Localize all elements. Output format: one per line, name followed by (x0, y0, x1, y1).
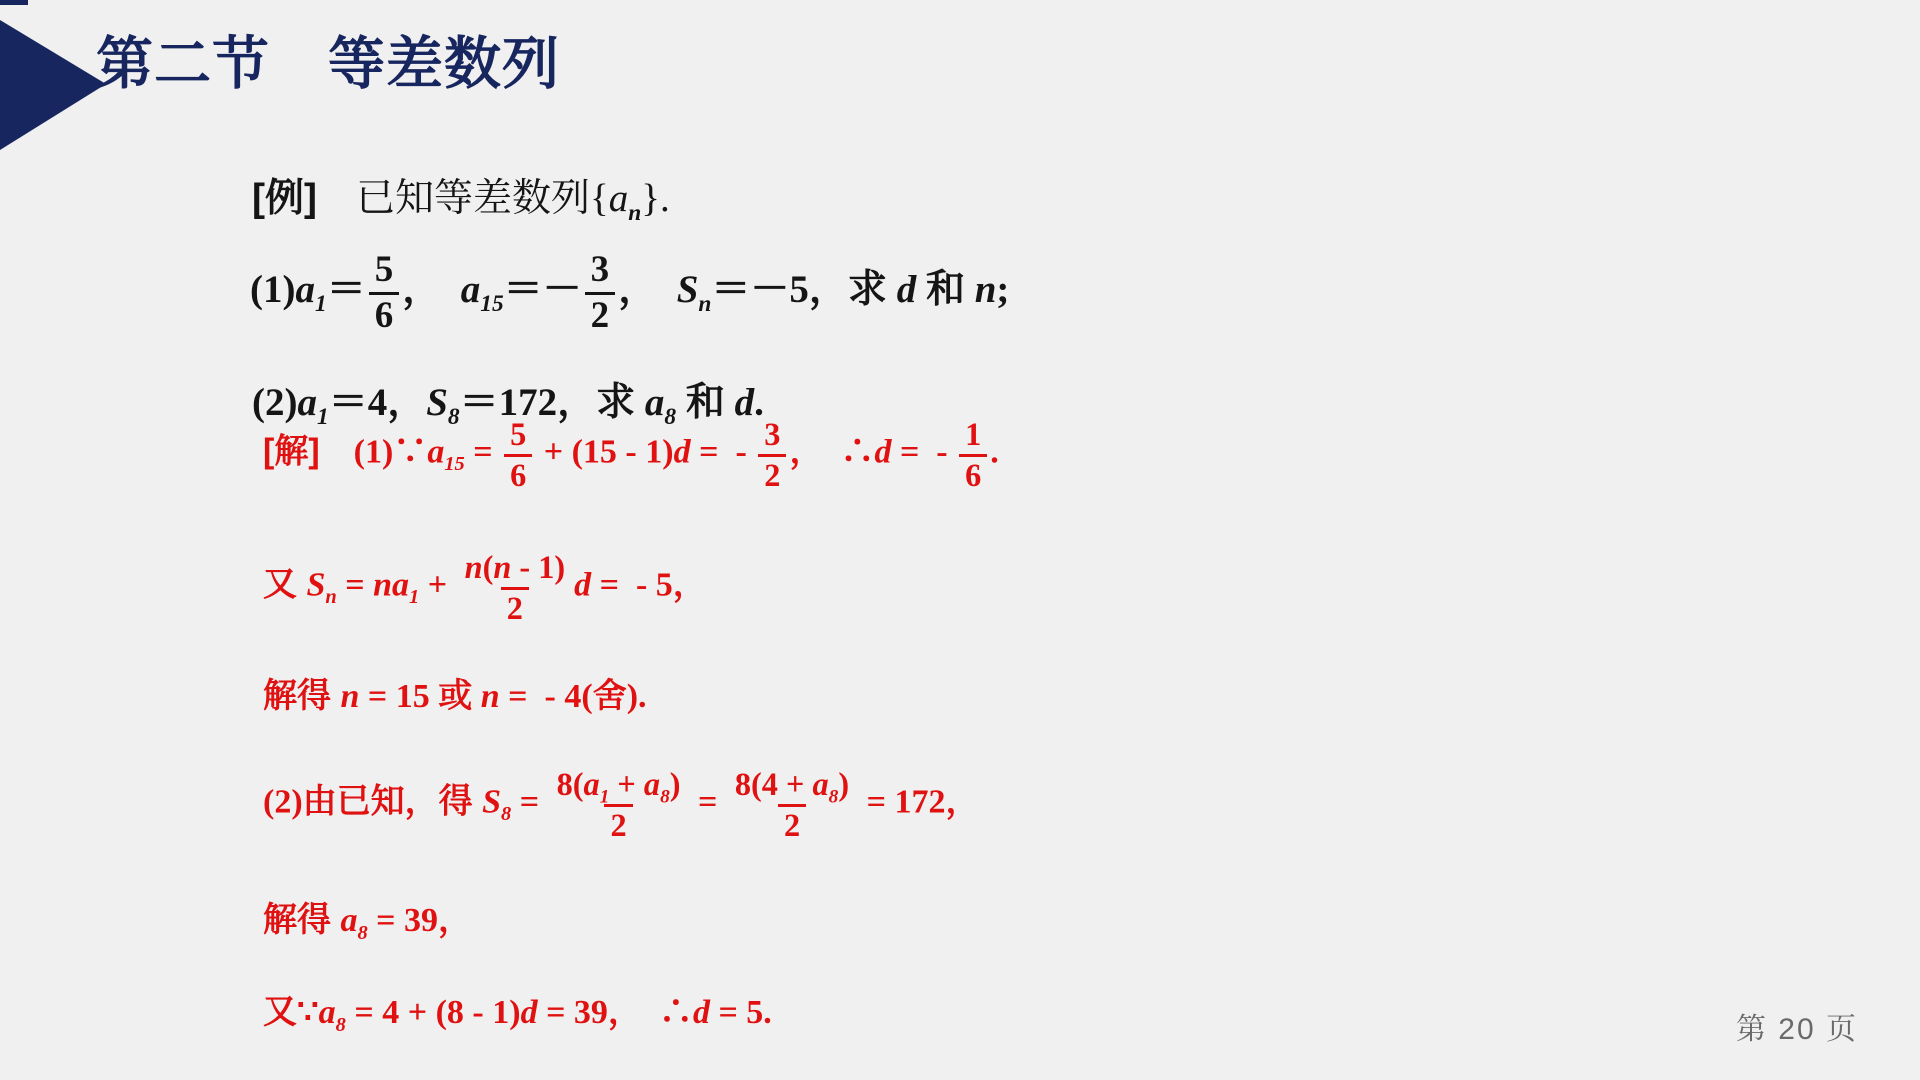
math-subscript: 8 (336, 1013, 346, 1035)
math-variable: a (295, 268, 315, 311)
math-text: 3 (764, 416, 780, 452)
math-text: ， ∴ (789, 434, 874, 471)
math-run: [例] 已知等差数列{an}. (252, 167, 670, 223)
problem-line-1: (1)a1＝56， a15＝－32， Sn＝－5，求 d 和 n; (250, 234, 1009, 352)
math-text: = (511, 784, 547, 821)
fraction-denominator: 6 (959, 454, 987, 494)
math-variable: a (584, 766, 600, 802)
cjk-text: 由已知，得 (303, 783, 482, 821)
math-text: 2 (764, 457, 780, 493)
math-text: = 4 + (8 - 1) (346, 994, 521, 1031)
math-text: ＝ (327, 268, 366, 311)
math-text: ， (402, 268, 461, 311)
math-subscript: 8 (501, 804, 511, 826)
math-variable: d (674, 434, 691, 471)
math-run: 又∵a8 = 4 + (8 - 1)d = 39， ∴d = 5. (263, 984, 772, 1033)
line-label: [例] (252, 177, 317, 220)
page-title: 第二节 等差数列 (96, 30, 560, 98)
math-text: = - (891, 434, 956, 471)
math-subscript: 15 (480, 291, 503, 317)
math-variable: n (481, 678, 500, 715)
math-text (472, 678, 481, 715)
cjk-text: 解得 (263, 901, 340, 939)
math-fraction: 56 (369, 249, 400, 337)
fraction-denominator: 2 (758, 454, 786, 494)
solution-line-5: 解得 a8 = 39， (263, 888, 472, 944)
cjk-text: 又 (263, 993, 297, 1031)
math-text: 6 (375, 295, 394, 336)
math-text: = - (691, 434, 756, 471)
math-text: 1 (965, 416, 981, 452)
math-text: (2) (263, 784, 303, 821)
math-text: = 5. (710, 994, 772, 1031)
math-text: 2 (784, 807, 800, 843)
cjk-text: 又 (263, 566, 306, 604)
math-text: 2 (507, 590, 523, 626)
math-variable: d (521, 994, 538, 1031)
math-text: = 15 (359, 678, 438, 715)
fraction-numerator: 3 (585, 249, 616, 292)
math-text: ) (838, 766, 849, 802)
math-fraction: 32 (758, 416, 786, 493)
slide: 第二节 等差数列 [例] 已知等差数列{an}. (1)a1＝56， a15＝－… (0, 0, 1920, 1080)
math-subscript: 1 (315, 291, 327, 317)
fraction-numerator: n(n - 1) (459, 549, 572, 586)
math-text: 2 (591, 295, 610, 336)
math-variable: d (693, 994, 710, 1031)
math-text: = (337, 567, 373, 604)
cjk-text: 或 (438, 677, 472, 715)
math-text: = - 4( (500, 678, 593, 715)
math-variable: a (461, 268, 481, 311)
page-number: 第 20 页 (1736, 1004, 1858, 1048)
math-variable: n (975, 268, 997, 311)
math-text: ， (618, 268, 677, 311)
fraction-numerator: 1 (959, 416, 987, 453)
math-text: - 1) (511, 549, 565, 585)
fraction-denominator: 2 (604, 804, 632, 844)
math-run: 解得 a8 = 39， (263, 892, 472, 941)
math-fraction: 8(4 + a8)2 (729, 766, 855, 843)
math-run: (2)由已知，得 S8 = 8(a1 + a8)2 = 8(4 + a8)2 =… (263, 766, 980, 843)
math-variable: S (677, 268, 699, 311)
math-variable: a (644, 766, 660, 802)
math-text: . (990, 434, 999, 471)
solution-line-6: 又∵a8 = 4 + (8 - 1)d = 39， ∴d = 5. (263, 980, 772, 1036)
fraction-numerator: 3 (758, 416, 786, 453)
math-subscript: n (325, 587, 336, 609)
fraction-numerator: 5 (369, 249, 400, 292)
math-subscript: 1 (409, 587, 419, 609)
math-text: ). (627, 678, 647, 715)
math-text: = 39， ∴ (538, 994, 693, 1031)
math-subscript: n (698, 291, 711, 317)
cjk-text: 舍 (593, 677, 627, 715)
math-text (320, 434, 354, 471)
math-variable: n (465, 549, 483, 585)
math-text: }. (641, 177, 669, 220)
math-text: 6 (510, 457, 526, 493)
math-text: (1) (250, 268, 295, 311)
math-text: = (690, 784, 726, 821)
math-text: + (609, 766, 644, 802)
math-text: = 39， (368, 902, 472, 939)
math-subscript: n (628, 200, 641, 226)
math-run: 解得 n = 15 或 n = - 4(舍). (263, 668, 647, 717)
math-variable: n (340, 678, 359, 715)
math-variable: a (427, 434, 444, 471)
math-text: = - 5， (591, 567, 707, 604)
solution-line-3: 解得 n = 15 或 n = - 4(舍). (263, 664, 647, 720)
math-variable: a (392, 567, 409, 604)
math-text: = 172， (858, 784, 979, 821)
math-fraction: 8(a1 + a8)2 (551, 766, 687, 843)
math-variable: d (874, 434, 891, 471)
fraction-denominator: 6 (369, 292, 400, 338)
math-subscript: 15 (444, 454, 464, 476)
math-text (317, 177, 356, 220)
problem-line-example: [例] 已知等差数列{an}. (252, 166, 670, 224)
math-text: 和 (916, 268, 975, 311)
math-variable: n (373, 567, 392, 604)
math-text: 5 (510, 416, 526, 452)
cjk-text: 解得 (263, 677, 340, 715)
math-text: 8( (557, 766, 584, 802)
math-variable: a (340, 902, 357, 939)
math-text: ) (670, 766, 681, 802)
math-fraction: 56 (504, 416, 532, 493)
math-subscript: 8 (357, 921, 367, 943)
math-subscript: 8 (829, 787, 839, 808)
fraction-denominator: 2 (501, 587, 529, 627)
math-text: = (465, 434, 501, 471)
math-fraction: 16 (959, 416, 987, 493)
math-text: + (15 - 1) (535, 434, 673, 471)
solution-line-4: (2)由已知，得 S8 = 8(a1 + a8)2 = 8(4 + a8)2 =… (263, 752, 980, 858)
math-text: (1)∵ (354, 434, 428, 471)
fraction-denominator: 2 (585, 292, 616, 338)
fraction-numerator: 8(4 + a8) (729, 766, 855, 803)
math-subscript: 8 (660, 787, 670, 808)
fraction-denominator: 2 (778, 804, 806, 844)
math-fraction: n(n - 1)2 (459, 549, 572, 626)
math-text: 8(4 + (735, 766, 813, 802)
math-variable: d (574, 567, 591, 604)
math-variable: S (482, 784, 501, 821)
fraction-numerator: 8(a1 + a8) (551, 766, 687, 803)
math-text: 已知等差数列{ (356, 177, 609, 220)
math-text: ( (483, 549, 494, 585)
math-text: ∵ (297, 994, 319, 1031)
math-variable: n (493, 549, 511, 585)
math-text: ＝－5，求 (711, 268, 896, 311)
math-variable: d (897, 268, 917, 311)
math-text: ＝－ (504, 268, 582, 311)
fraction-numerator: 5 (504, 416, 532, 453)
solution-line-2: 又 Sn = na1 + n(n - 1)2d = - 5， (263, 538, 707, 638)
math-run: 又 Sn = na1 + n(n - 1)2d = - 5， (263, 549, 707, 626)
math-fraction: 32 (585, 249, 616, 337)
math-variable: a (813, 766, 829, 802)
line-label: [解] (263, 433, 320, 471)
math-run: [解] (1)∵a15 = 56 + (15 - 1)d = - 32， ∴d … (263, 416, 999, 493)
math-text: 5 (375, 249, 394, 290)
math-variable: a (609, 177, 629, 220)
math-text: ; (996, 268, 1009, 311)
solution-line-1: [解] (1)∵a15 = 56 + (15 - 1)d = - 32， ∴d … (263, 406, 999, 504)
math-variable: a (319, 994, 336, 1031)
math-text: 3 (591, 249, 610, 290)
math-text: 2 (610, 807, 626, 843)
fraction-denominator: 6 (504, 454, 532, 494)
math-variable: S (306, 567, 325, 604)
math-text: + (419, 567, 455, 604)
math-run: (1)a1＝56， a15＝－32， Sn＝－5，求 d 和 n; (250, 249, 1009, 337)
math-text: 6 (965, 457, 981, 493)
